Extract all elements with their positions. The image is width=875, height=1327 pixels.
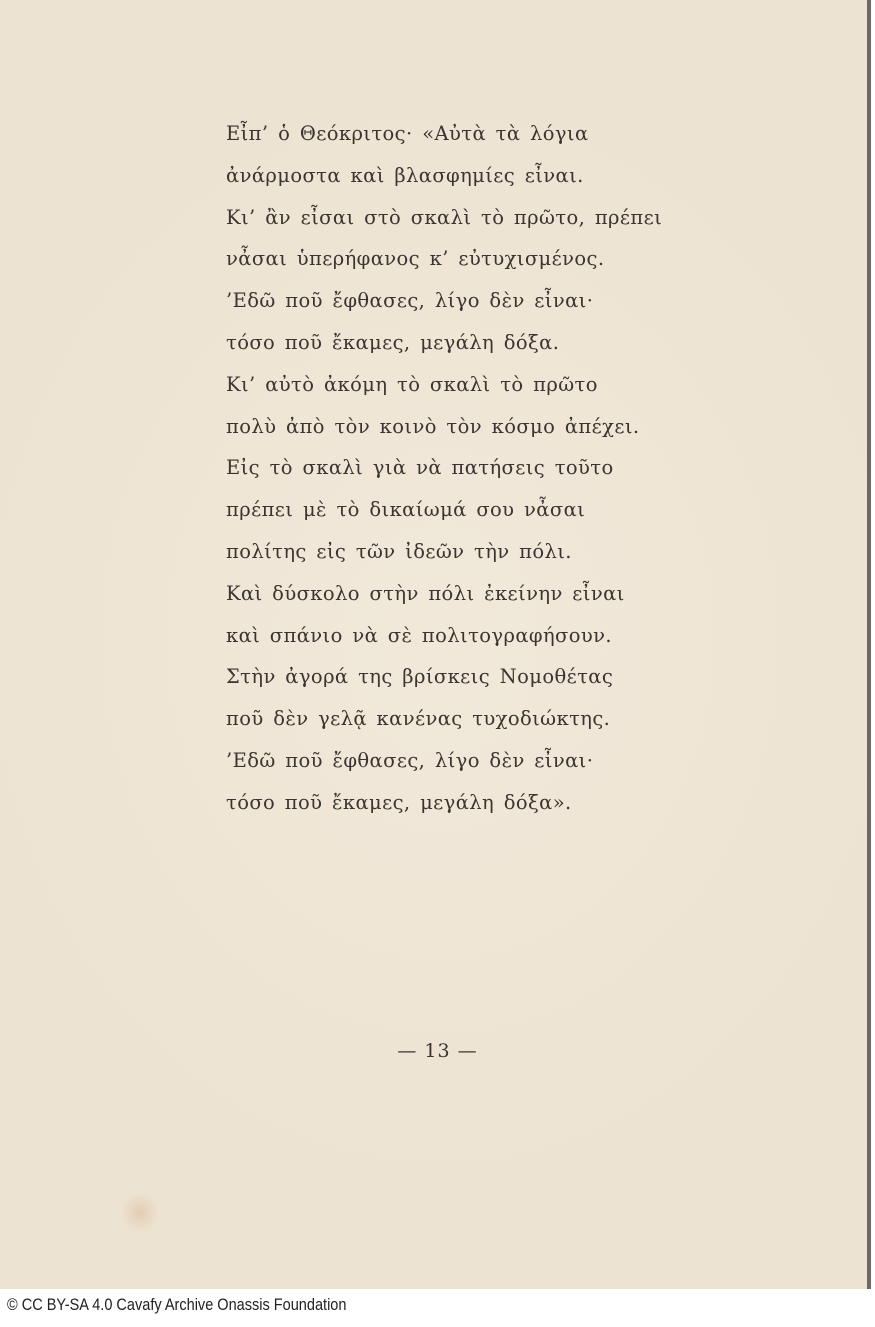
poem-line: Εἰς τὸ σκαλὶ γιὰ νὰ πατήσεις τοῦτο — [226, 447, 662, 489]
poem-line: ποῦ δὲν γελᾷ κανένας τυχοδιώκτης. — [226, 698, 662, 740]
poem-line: ’Εδῶ ποῦ ἔφθασες, λίγο δὲν εἶναι· — [226, 740, 662, 782]
poem-text: Εἶπ’ ὁ Θεόκριτος· «Αὐτὰ τὰ λόγια ἀνάρμοσ… — [226, 113, 662, 824]
poem-line: νἆσαι ὑπερήφανος κ’ εὐτυχισμένος. — [226, 238, 662, 280]
page-number: — 13 — — [0, 1040, 875, 1062]
poem-line: Στὴν ἀγορά της βρίσκεις Νομοθέτας — [226, 656, 662, 698]
poem-line: Εἶπ’ ὁ Θεόκριτος· «Αὐτὰ τὰ λόγια — [226, 113, 662, 155]
poem-line: τόσο ποῦ ἔκαμες, μεγάλη δόξα. — [226, 322, 662, 364]
poem-line: τόσο ποῦ ἔκαμες, μεγάλη δόξα». — [226, 782, 662, 824]
poem-line: ἀνάρμοστα καὶ βλασφημίες εἶναι. — [226, 155, 662, 197]
copyright-credit: © CC BY-SA 4.0 Cavafy Archive Onassis Fo… — [7, 1296, 346, 1315]
poem-line: Καὶ δύσκολο στὴν πόλι ἐκείνην εἶναι — [226, 573, 662, 615]
poem-line: Κι’ αὐτὸ ἀκόμη τὸ σκαλὶ τὸ πρῶτο — [226, 364, 662, 406]
poem-line: πολίτης εἰς τῶν ἰδεῶν τὴν πόλι. — [226, 531, 662, 573]
page-edge-shadow — [867, 0, 871, 1289]
poem-line: ’Εδῶ ποῦ ἔφθασες, λίγο δὲν εἶναι· — [226, 280, 662, 322]
poem-line: πρέπει μὲ τὸ δικαίωμά σου νἆσαι — [226, 489, 662, 531]
poem-line: Κι’ ἂν εἶσαι στὸ σκαλὶ τὸ πρῶτο, πρέπει — [226, 197, 662, 239]
scanned-page: Εἶπ’ ὁ Θεόκριτος· «Αὐτὰ τὰ λόγια ἀνάρμοσ… — [0, 0, 871, 1289]
poem-line: καὶ σπάνιο νὰ σὲ πολιτογραφήσουν. — [226, 615, 662, 657]
poem-line: πολὺ ἀπὸ τὸν κοινὸ τὸν κόσμο ἀπέχει. — [226, 406, 662, 448]
